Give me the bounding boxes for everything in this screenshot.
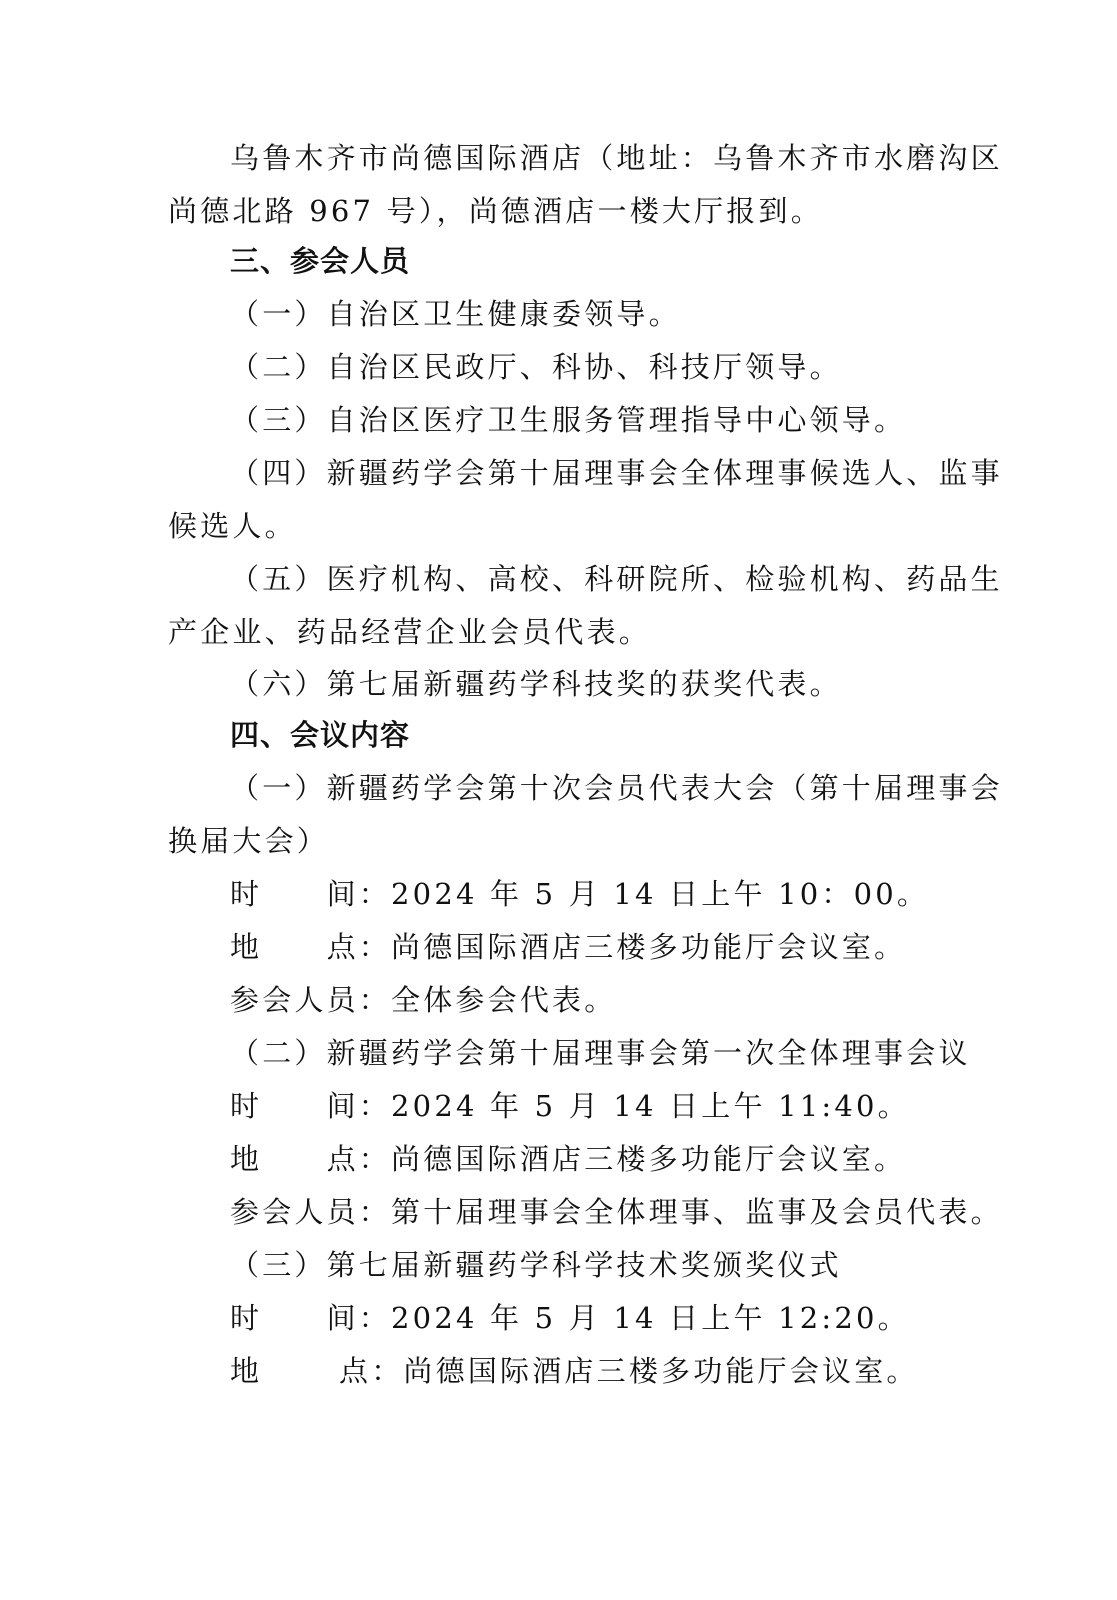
meeting-time: 时 间：2024 年 5 月 14 日上午 11:40。 bbox=[230, 1088, 910, 1124]
meeting-place: 地 点：尚德国际酒店三楼多功能厅会议室。 bbox=[230, 1141, 906, 1177]
list-item: （四）新疆药学会第十届理事会全体理事候选人、监事 bbox=[230, 455, 1003, 491]
list-item: （一）自治区卫生健康委领导。 bbox=[230, 296, 681, 332]
time-value: 2024 年 5 月 14 日上午 10：00。 bbox=[391, 877, 929, 911]
place-value: 尚德国际酒店三楼多功能厅会议室。 bbox=[391, 1142, 906, 1176]
time-label: 时 间： bbox=[230, 877, 391, 911]
list-item: 候选人。 bbox=[168, 508, 297, 544]
meeting-time: 时 间：2024 年 5 月 14 日上午 10：00。 bbox=[230, 876, 929, 912]
attendees-value: 全体参会代表。 bbox=[391, 983, 616, 1017]
place-label: 地 点： bbox=[230, 1354, 403, 1388]
list-item: （三）自治区医疗卫生服务管理指导中心领导。 bbox=[230, 402, 906, 438]
meeting-title: （三）第七届新疆药学科学技术奖颁奖仪式 bbox=[230, 1247, 842, 1283]
document-page: 乌鲁木齐市尚德国际酒店（地址：乌鲁木齐市水磨沟区 尚德北路 967 号），尚德酒… bbox=[0, 0, 1117, 1600]
attendees-value: 第十届理事会全体理事、监事及会员代表。 bbox=[391, 1195, 1003, 1229]
meeting-attendees: 参会人员：全体参会代表。 bbox=[230, 982, 616, 1018]
list-item: （二）自治区民政厅、科协、科技厅领导。 bbox=[230, 349, 842, 385]
time-value: 2024 年 5 月 14 日上午 11:40。 bbox=[391, 1089, 910, 1123]
attendees-label: 参会人员： bbox=[230, 1195, 391, 1229]
meeting-title: （二）新疆药学会第十届理事会第一次全体理事会议 bbox=[230, 1035, 971, 1071]
place-value: 尚德国际酒店三楼多功能厅会议室。 bbox=[403, 1354, 918, 1388]
place-value: 尚德国际酒店三楼多功能厅会议室。 bbox=[391, 930, 906, 964]
time-label: 时 间： bbox=[230, 1089, 391, 1123]
section-heading-meeting-content: 四、会议内容 bbox=[230, 717, 410, 753]
meeting-attendees: 参会人员：第十届理事会全体理事、监事及会员代表。 bbox=[230, 1194, 1003, 1230]
place-label: 地 点： bbox=[230, 1142, 391, 1176]
list-item: （六）第七届新疆药学科技奖的获奖代表。 bbox=[230, 666, 842, 702]
paragraph-line: 尚德北路 967 号），尚德酒店一楼大厅报到。 bbox=[168, 193, 823, 229]
meeting-place: 地 点：尚德国际酒店三楼多功能厅会议室。 bbox=[230, 929, 906, 965]
time-value: 2024 年 5 月 14 日上午 12:20。 bbox=[391, 1301, 910, 1335]
meeting-place: 地 点：尚德国际酒店三楼多功能厅会议室。 bbox=[230, 1353, 919, 1389]
section-heading-attendees: 三、参会人员 bbox=[230, 243, 410, 279]
meeting-title: 换届大会） bbox=[168, 823, 329, 859]
list-item: 产企业、药品经营企业会员代表。 bbox=[168, 614, 651, 650]
meeting-title: （一）新疆药学会第十次会员代表大会（第十届理事会 bbox=[230, 770, 1003, 806]
meeting-time: 时 间：2024 年 5 月 14 日上午 12:20。 bbox=[230, 1300, 910, 1336]
place-label: 地 点： bbox=[230, 930, 391, 964]
paragraph-line: 乌鲁木齐市尚德国际酒店（地址：乌鲁木齐市水磨沟区 bbox=[230, 140, 1003, 176]
list-item: （五）医疗机构、高校、科研院所、检验机构、药品生 bbox=[230, 561, 1003, 597]
time-label: 时 间： bbox=[230, 1301, 391, 1335]
attendees-label: 参会人员： bbox=[230, 983, 391, 1017]
